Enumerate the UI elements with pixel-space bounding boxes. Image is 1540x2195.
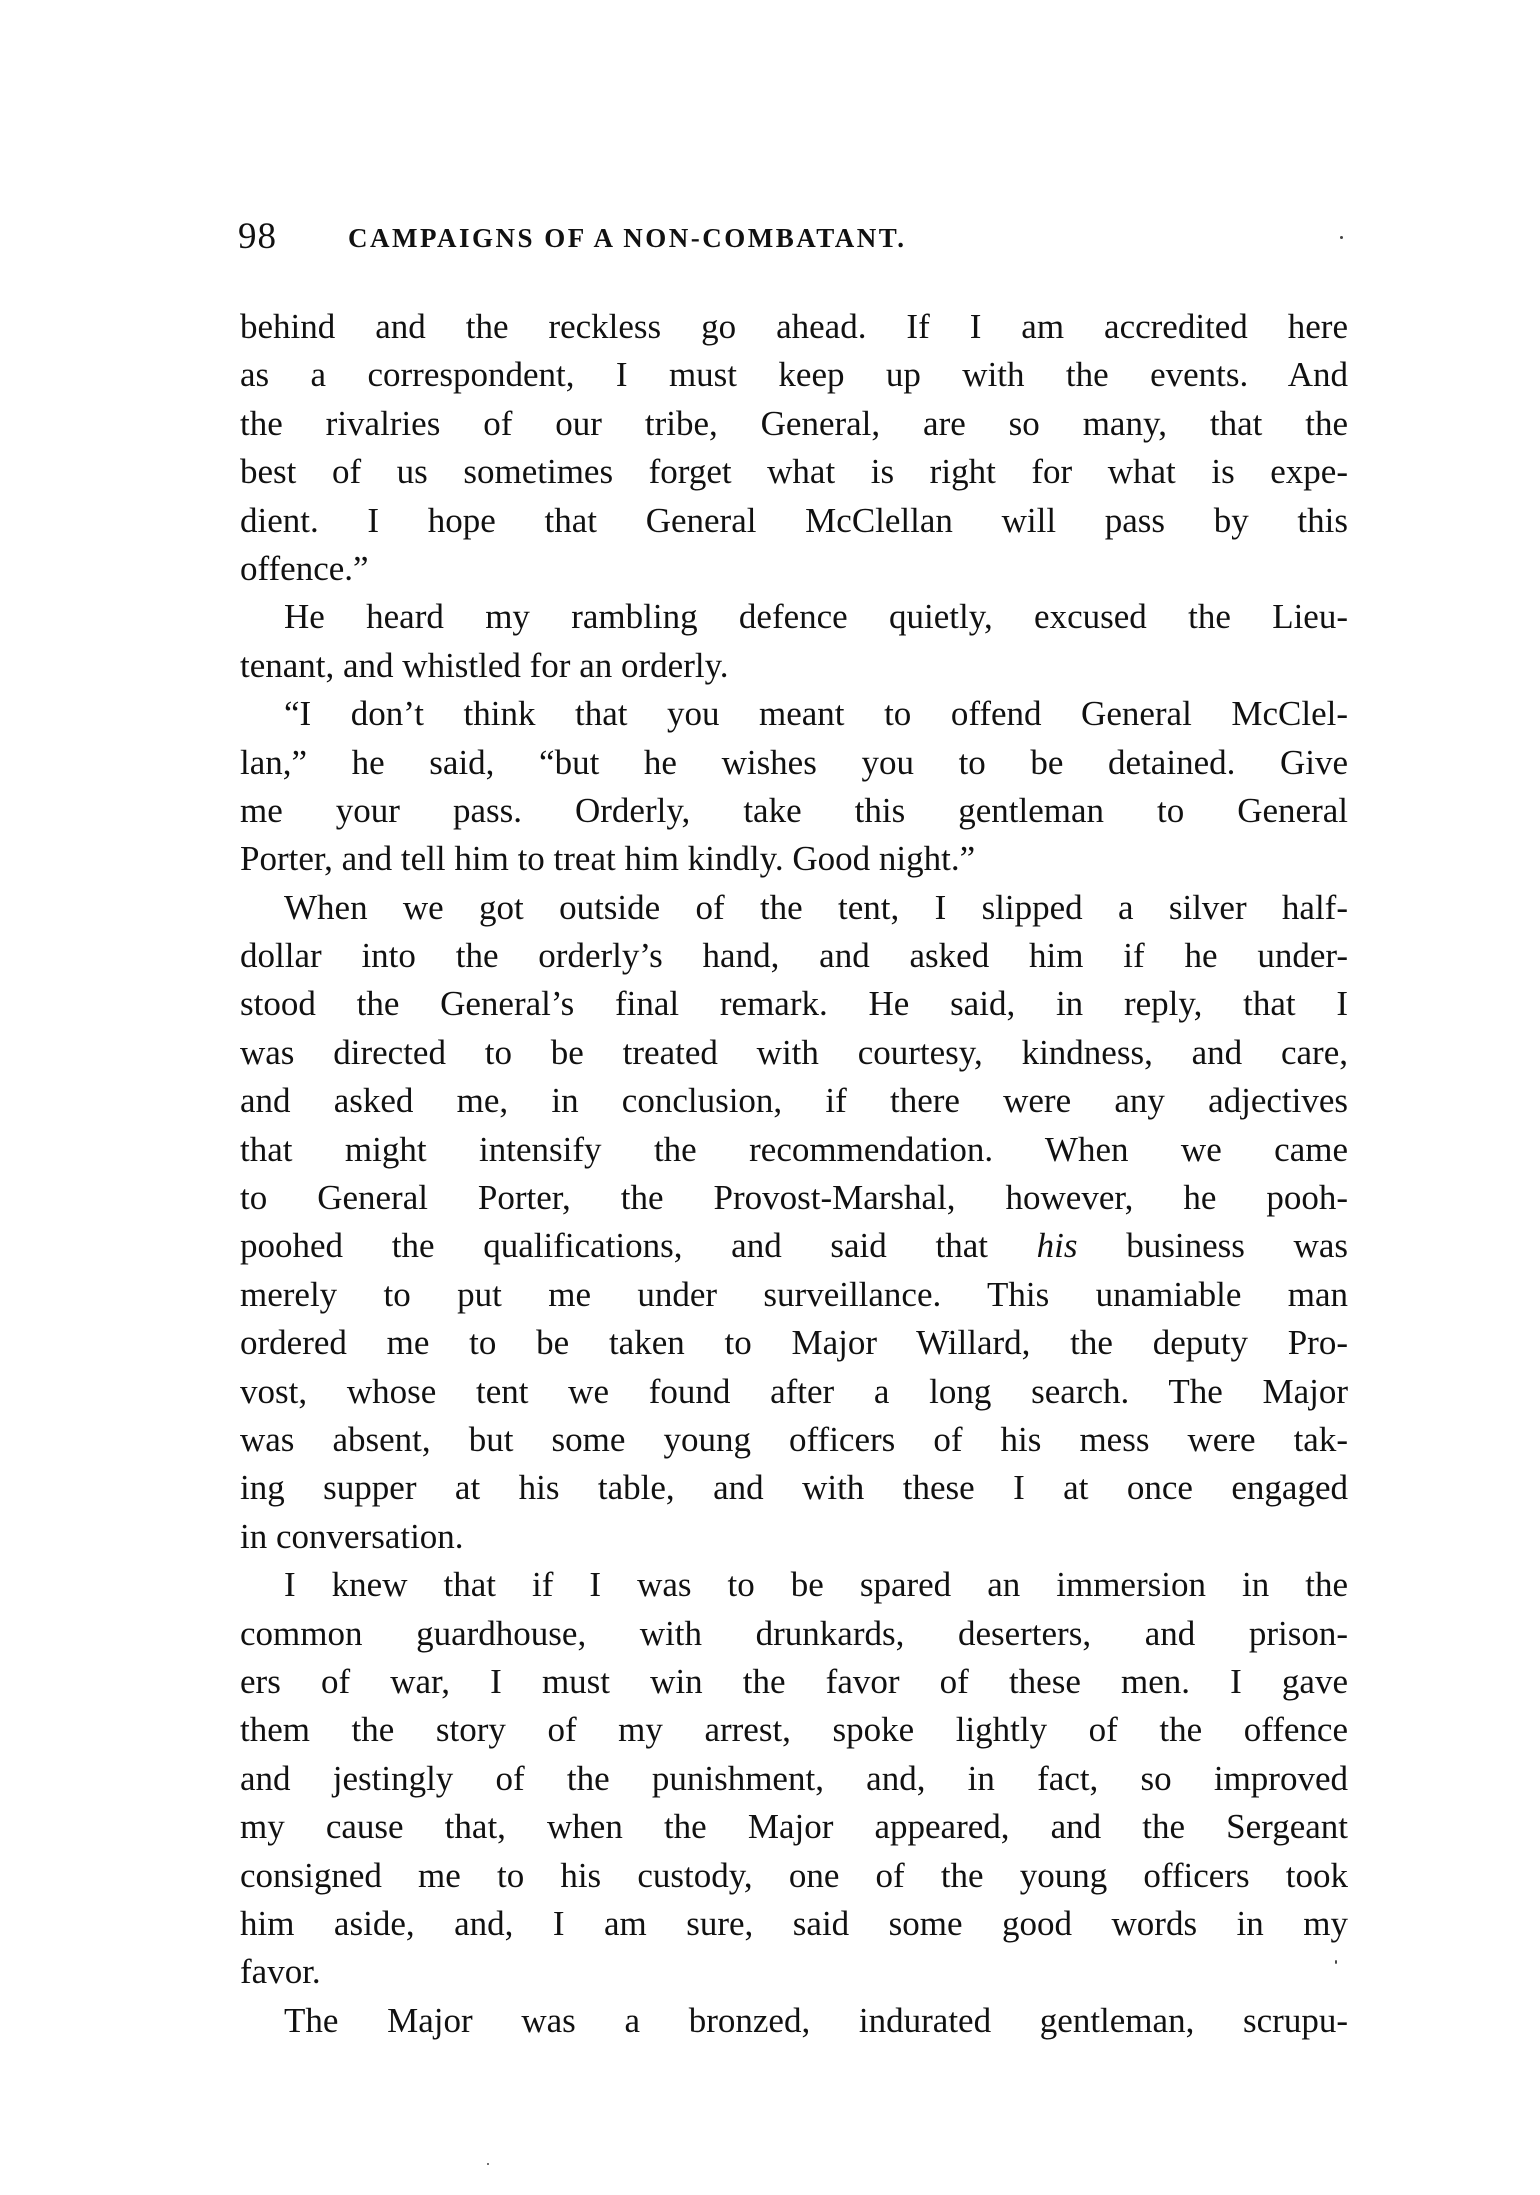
text-line: ordered me to be taken to Major Willard,… [240, 1319, 1348, 1367]
text-line: ers of war, I must win the favor of thes… [240, 1658, 1348, 1706]
text-line: best of us sometimes forget what is righ… [240, 448, 1348, 496]
book-page: 98 CAMPAIGNS OF A NON-COMBATANT. behind … [0, 0, 1540, 2195]
text-line: tenant, and whistled for an orderly. [240, 642, 1348, 690]
paragraph-start-line: “I don’t think that you meant to offend … [240, 690, 1348, 738]
text-line: lan,” he said, “but he wishes you to be … [240, 739, 1348, 787]
text-line: to General Porter, the Provost-Marshal, … [240, 1174, 1348, 1222]
text-line: was absent, but some young officers of h… [240, 1416, 1348, 1464]
text-line: in conversation. [240, 1513, 1348, 1561]
text-line: the rivalries of our tribe, General, are… [240, 400, 1348, 448]
text-line: him aside, and, I am sure, said some goo… [240, 1900, 1348, 1948]
italic-emphasis: his [1037, 1226, 1078, 1265]
scan-speck [1335, 1960, 1337, 1964]
text-line: common guardhouse, with drunkards, deser… [240, 1610, 1348, 1658]
running-title: CAMPAIGNS OF A NON-COMBATANT. [348, 218, 907, 258]
text-line: that might intensify the recommendation.… [240, 1126, 1348, 1174]
text-line: and asked me, in conclusion, if there we… [240, 1077, 1348, 1125]
paragraph-start-line: I knew that if I was to be spared an imm… [240, 1561, 1348, 1609]
text-line: behind and the reckless go ahead. If I a… [240, 303, 1348, 351]
text-line: offence.” [240, 545, 1348, 593]
text-line: my cause that, when the Major appeared, … [240, 1803, 1348, 1851]
text-line: dient. I hope that General McClellan wil… [240, 497, 1348, 545]
text-line: favor. [240, 1948, 1348, 1996]
text-line: as a correspondent, I must keep up with … [240, 351, 1348, 399]
text-segment: poohed the qualifications, and said that [240, 1226, 1037, 1265]
paragraph-start-line: When we got outside of the tent, I slipp… [240, 884, 1348, 932]
body-text: behind and the reckless go ahead. If I a… [240, 303, 1348, 2045]
text-line: and jestingly of the punishment, and, in… [240, 1755, 1348, 1803]
text-line: Porter, and tell him to treat him kindly… [240, 835, 1348, 883]
text-line: was directed to be treated with courtesy… [240, 1029, 1348, 1077]
scan-speck [1340, 236, 1343, 239]
text-line-with-italic: poohed the qualifications, and said that… [240, 1222, 1348, 1270]
scan-speck [487, 2163, 489, 2165]
text-line: merely to put me under surveillance. Thi… [240, 1271, 1348, 1319]
paragraph-start-line: The Major was a bronzed, indurated gentl… [240, 1997, 1348, 2045]
text-line: vost, whose tent we found after a long s… [240, 1368, 1348, 1416]
paragraph-start-line: He heard my rambling defence quietly, ex… [240, 593, 1348, 641]
text-segment: business was [1078, 1226, 1348, 1265]
text-line: me your pass. Orderly, take this gentlem… [240, 787, 1348, 835]
text-line: consigned me to his custody, one of the … [240, 1852, 1348, 1900]
running-head: 98 CAMPAIGNS OF A NON-COMBATANT. [238, 214, 1350, 260]
text-line: ing supper at his table, and with these … [240, 1464, 1348, 1512]
text-line: them the story of my arrest, spoke light… [240, 1706, 1348, 1754]
text-line: stood the General’s final remark. He sai… [240, 980, 1348, 1028]
text-line: dollar into the orderly’s hand, and aske… [240, 932, 1348, 980]
page-number: 98 [238, 214, 277, 260]
